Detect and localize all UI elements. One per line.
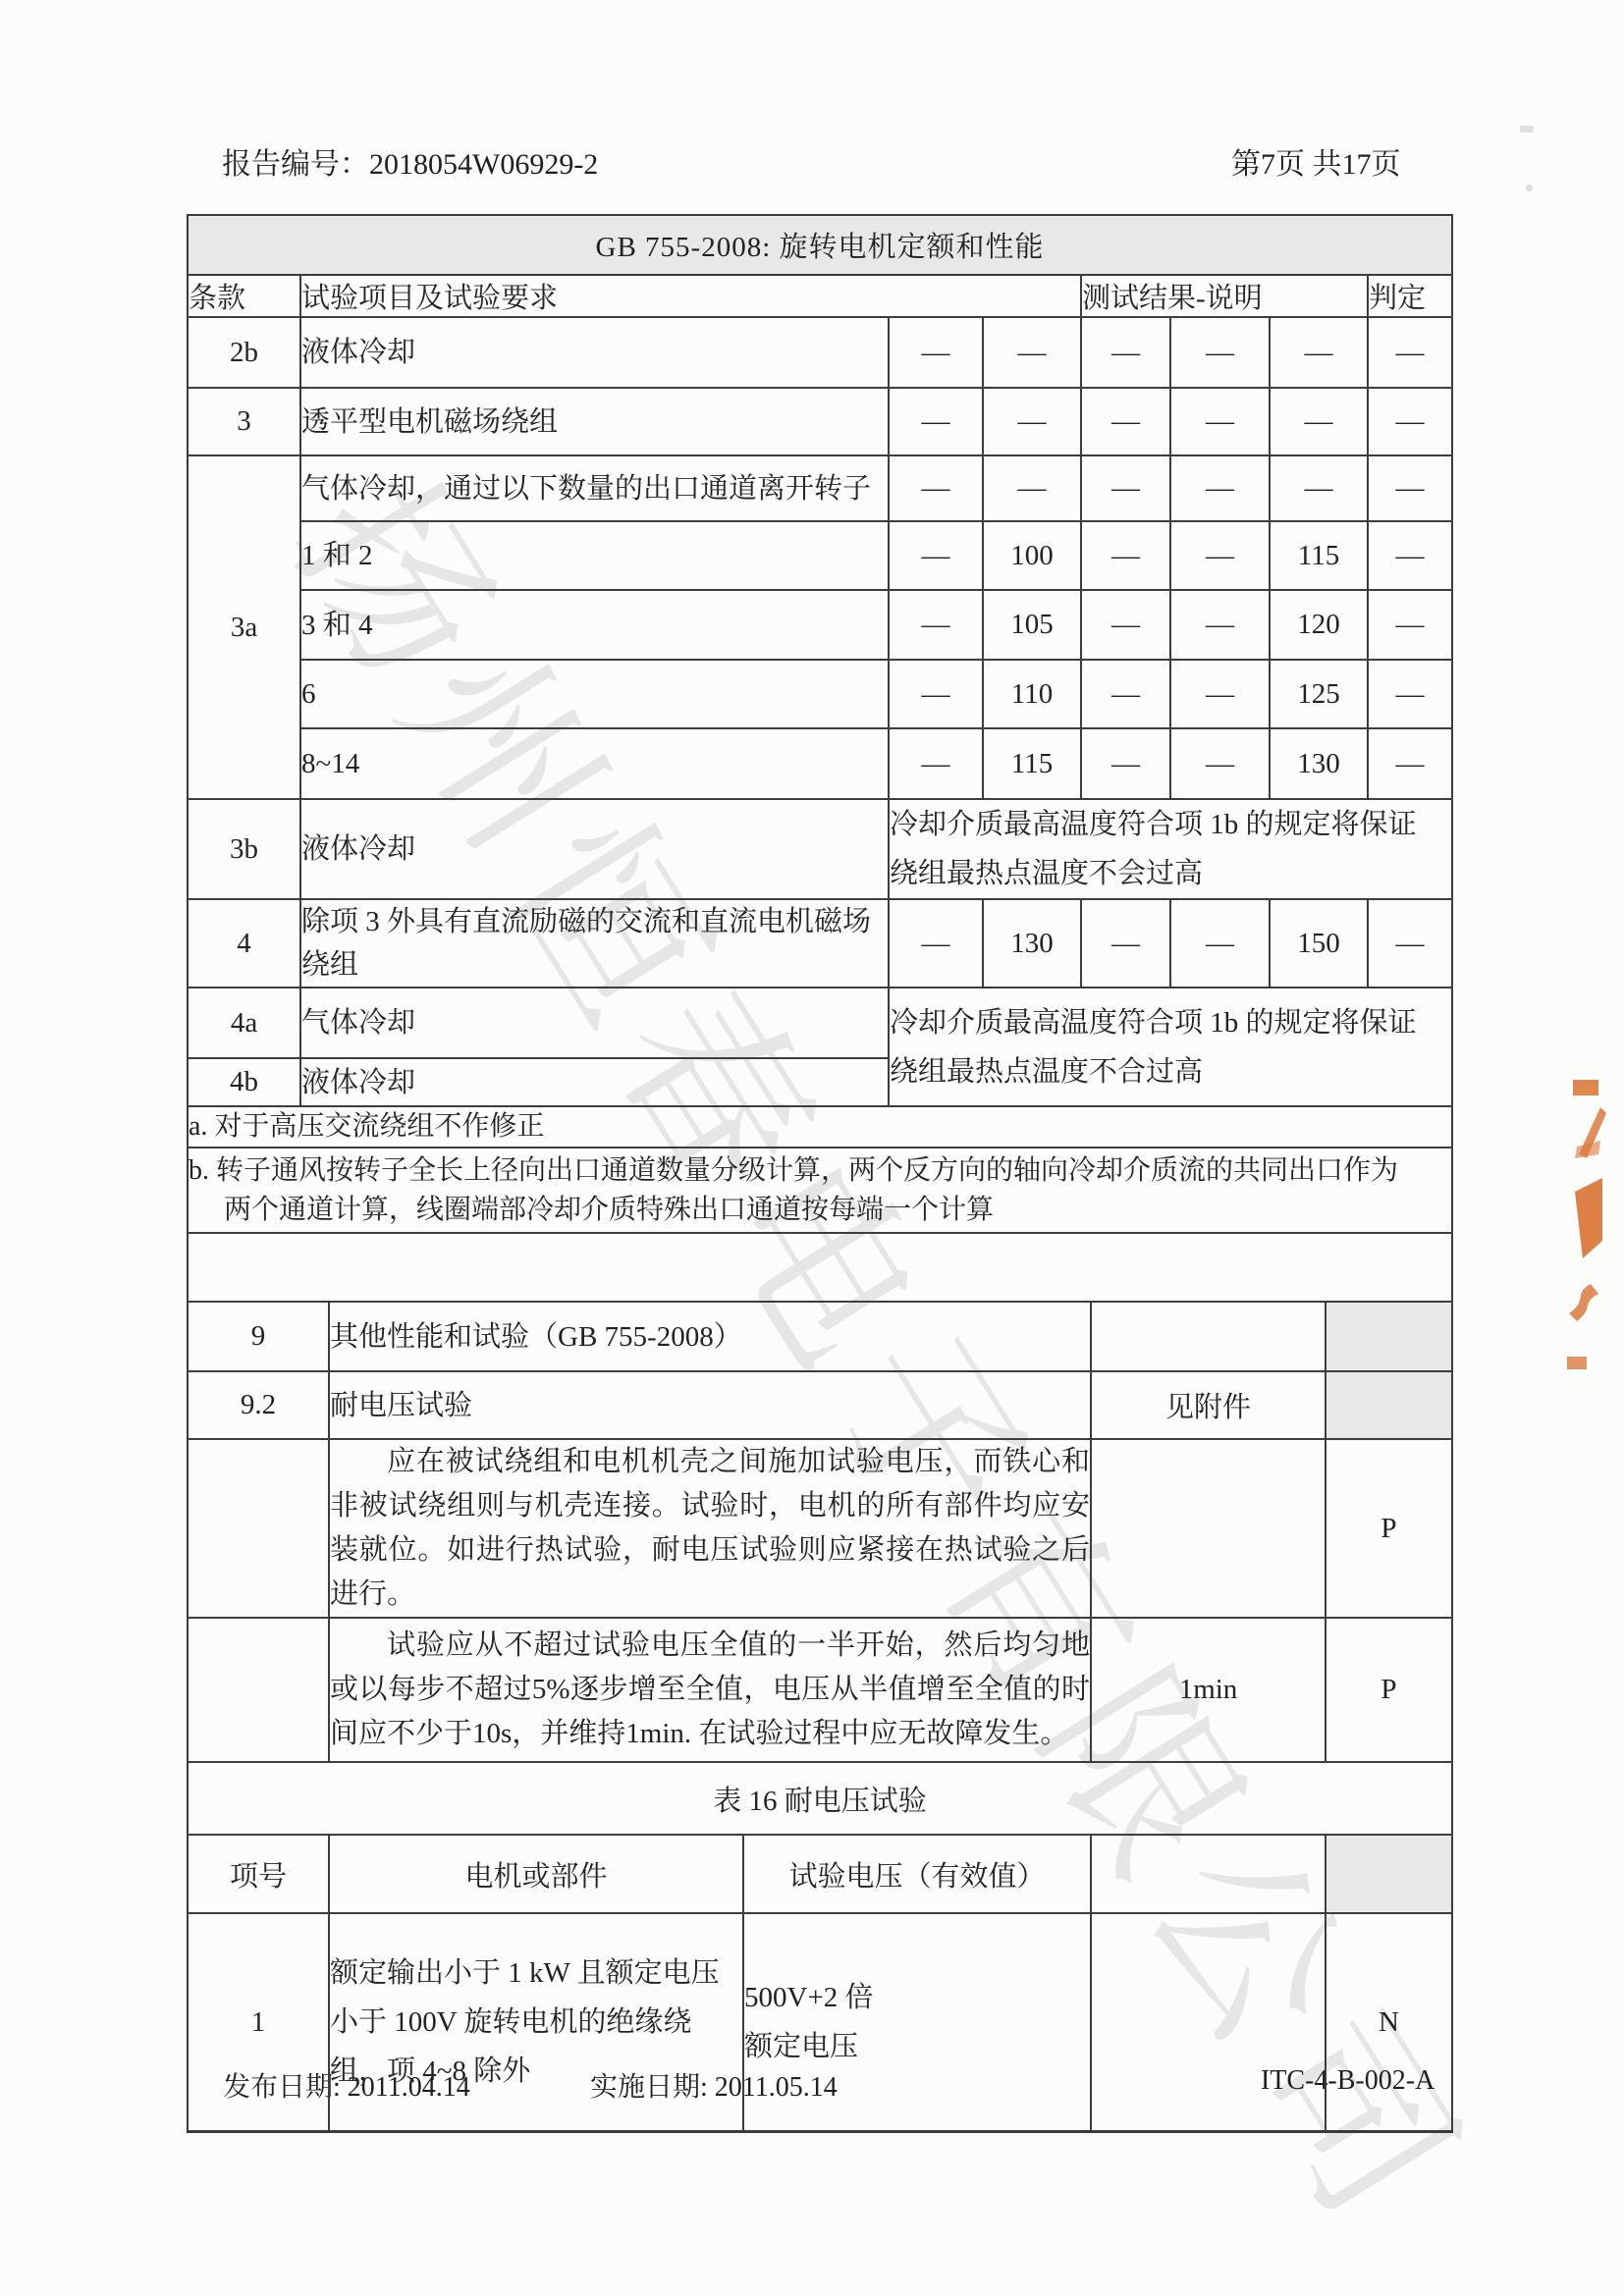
- result-note-cell: 冷却介质最高温度符合项 1b 的规定将保证 绕组最热点温度不会过高: [889, 799, 1452, 899]
- table-row-2b: 2b 液体冷却 — — — — — —: [188, 317, 1452, 388]
- footnote-a: a. 对于高压交流绕组不作修正: [188, 1106, 1452, 1148]
- result-cell: —: [983, 317, 1081, 388]
- table-row-3a-1: 1 和 2 — 100 — — 115 —: [188, 521, 1452, 590]
- result-cell: —: [889, 899, 983, 988]
- verdict-cell: [1326, 1302, 1452, 1371]
- result-cell: —: [1170, 660, 1270, 728]
- verdict-header-cell: [1326, 1835, 1452, 1913]
- standard-test-table: GB 755-2008: 旋转电机定额和性能 条款 试验项目及试验要求 测试结果…: [187, 214, 1455, 2133]
- note-line: 冷却介质最高温度符合项 1b 的规定将保证: [890, 800, 1451, 849]
- verdict-cell: —: [1368, 590, 1452, 660]
- clause-cell: [188, 1439, 329, 1618]
- result-cell: 120: [1270, 590, 1368, 660]
- result-cell: —: [1170, 317, 1270, 388]
- item-cell: 其他性能和试验（GB 755-2008）: [329, 1302, 1091, 1371]
- result-cell: —: [889, 455, 983, 521]
- result-cell: —: [1081, 899, 1170, 988]
- table-row-3a-4: 8~14 — 115 — — 130 —: [188, 728, 1452, 799]
- note-line: 冷却介质最高温度符合项 1b 的规定将保证: [890, 998, 1451, 1047]
- table-title: GB 755-2008: 旋转电机定额和性能: [188, 215, 1452, 275]
- footnote-a-row: a. 对于高压交流绕组不作修正: [188, 1106, 1452, 1148]
- item-cell: 液体冷却: [300, 1058, 889, 1106]
- table-row-3: 3 透平型电机磁场绕组 — — — — — —: [188, 388, 1452, 455]
- scan-artifact: [1520, 126, 1534, 133]
- col-header-no: 项号: [188, 1835, 329, 1913]
- result-cell: —: [1081, 728, 1170, 799]
- clause-cell: 9: [188, 1302, 329, 1371]
- result-cell: —: [1170, 388, 1270, 455]
- clause9-table: 9 其他性能和试验（GB 755-2008） 9.2 耐电压试验 见附件 应在被…: [187, 1301, 1453, 1763]
- table16-caption-row: 表 16 耐电压试验: [188, 1762, 1452, 1835]
- item-cell: 液体冷却: [300, 317, 889, 388]
- result-cell: —: [1270, 317, 1368, 388]
- scan-artifact: [1526, 185, 1533, 191]
- result-cell: —: [1081, 521, 1170, 590]
- clause-cell: 4: [188, 899, 300, 988]
- result-cell: 105: [983, 590, 1081, 660]
- result-cell: —: [889, 317, 983, 388]
- col-header-voltage: 试验电压（有效值）: [743, 1835, 1091, 1913]
- note-line: 绕组最热点温度不会过高: [890, 849, 1451, 898]
- result-cell: —: [1170, 455, 1270, 521]
- result-cell: —: [1081, 317, 1170, 388]
- col-header-verdict: 判定: [1368, 275, 1452, 317]
- result-cell: —: [889, 521, 983, 590]
- report-number: 报告编号：2018054W06929-2: [222, 139, 598, 183]
- table16: 表 16 耐电压试验 项号 电机或部件 试验电压（有效值） 1 额定输出小于 1…: [187, 1761, 1453, 2133]
- result-cell: 130: [983, 899, 1081, 988]
- table-row-3b: 3b 液体冷却 冷却介质最高温度符合项 1b 的规定将保证 绕组最热点温度不会过…: [188, 799, 1452, 899]
- result-cell: —: [1081, 388, 1170, 455]
- table-row-4a: 4a 气体冷却 冷却介质最高温度符合项 1b 的规定将保证 绕组最热点温度不合过…: [188, 988, 1452, 1058]
- clause-cell: 3: [188, 388, 300, 455]
- verdict-cell: P: [1326, 1618, 1452, 1762]
- item-cell: 8~14: [300, 728, 889, 799]
- page-indicator: 第7页 共17页: [1231, 139, 1401, 183]
- item-cell: 3 和 4: [300, 590, 889, 660]
- table-row-9: 9 其他性能和试验（GB 755-2008）: [188, 1302, 1452, 1371]
- result-cell: —: [1081, 590, 1170, 660]
- empty-cell: [1091, 1913, 1326, 2132]
- result-cell: —: [1170, 728, 1270, 799]
- result-cell: —: [1270, 388, 1368, 455]
- table-row-3a-3: 6 — 110 — — 125 —: [188, 660, 1452, 728]
- verdict-cell: —: [1368, 899, 1452, 988]
- scanned-report-page: 扬州恒春电子有限公司 报告编号：2018054W06929-2 第7页 共17页…: [0, 0, 1624, 2296]
- result-note-cell: 冷却介质最高温度符合项 1b 的规定将保证 绕组最热点温度不合过高: [889, 988, 1452, 1106]
- result-cell: 125: [1270, 660, 1368, 728]
- orange-seal-fragment-icon: [1551, 1072, 1612, 1382]
- spacer-row: [188, 1233, 1452, 1302]
- requirement-text: 应在被试绕组和电机机壳之间施加试验电压，而铁心和非被试绕组则与机壳连接。试验时，…: [329, 1439, 1091, 1618]
- footnote-text: 两个通道计算，线圈端部冷却介质特殊出口通道按每端一个计算: [189, 1191, 1451, 1230]
- footnote-text: a. 对于高压交流绕组不作修正: [189, 1107, 1451, 1147]
- note-line: 绕组最热点温度不合过高: [890, 1047, 1451, 1096]
- verdict-cell: P: [1326, 1439, 1452, 1618]
- result-cell: [1091, 1302, 1326, 1371]
- item-cell: 气体冷却，通过以下数量的出口通道离开转子: [300, 455, 889, 521]
- clause-cell: 2b: [188, 317, 300, 388]
- result-cell: —: [1081, 455, 1170, 521]
- result-cell: —: [1170, 521, 1270, 590]
- item-cell: 除项 3 外具有直流励磁的交流和直流电机磁场绕组: [300, 899, 889, 988]
- item-cell: 气体冷却: [300, 988, 889, 1058]
- table-row-3a: 3a 气体冷却，通过以下数量的出口通道离开转子 — — — — — —: [188, 455, 1452, 521]
- verdict-cell: —: [1368, 317, 1452, 388]
- item-cell: 液体冷却: [300, 799, 889, 899]
- col-header-part: 电机或部件: [329, 1835, 743, 1913]
- result-cell: —: [1270, 455, 1368, 521]
- item-cell: 6: [300, 660, 889, 728]
- result-cell: —: [1170, 590, 1270, 660]
- result-cell: 100: [983, 521, 1081, 590]
- result-cell: 110: [983, 660, 1081, 728]
- footnote-b: b. 转子通风按转子全长上径向出口通道数量分级计算，两个反方向的轴向冷却介质流的…: [188, 1148, 1452, 1233]
- footnote-text: b. 转子通风按转子全长上径向出口通道数量分级计算，两个反方向的轴向冷却介质流的…: [189, 1151, 1451, 1191]
- column-header-row: 条款 试验项目及试验要求 测试结果-说明 判定: [188, 275, 1452, 317]
- result-cell: —: [983, 455, 1081, 521]
- requirement-paragraph-row: 应在被试绕组和电机机壳之间施加试验电压，而铁心和非被试绕组则与机壳连接。试验时，…: [188, 1439, 1452, 1618]
- empty-cell: [188, 1233, 1452, 1302]
- result-cell: 115: [983, 728, 1081, 799]
- verdict-cell: [1326, 1371, 1452, 1439]
- clause-cell: [188, 1618, 329, 1762]
- result-cell: —: [983, 388, 1081, 455]
- result-cell: —: [889, 388, 983, 455]
- verdict-cell: —: [1368, 660, 1452, 728]
- verdict-cell: —: [1368, 521, 1452, 590]
- result-cell: —: [1081, 660, 1170, 728]
- item-cell: 1 和 2: [300, 521, 889, 590]
- col-header-clause: 条款: [188, 275, 300, 317]
- result-cell: 见附件: [1091, 1371, 1326, 1439]
- clause-cell: 9.2: [188, 1371, 329, 1439]
- verdict-cell: N: [1326, 1913, 1452, 2132]
- result-cell: 130: [1270, 728, 1368, 799]
- voltage-line: 额定电压: [744, 2022, 1090, 2071]
- table-row-4: 4 除项 3 外具有直流励磁的交流和直流电机磁场绕组 — 130 — — 150…: [188, 899, 1452, 988]
- requirement-paragraph-row: 试验应从不超过试验电压全值的一半开始，然后均匀地或以每步不超过5%逐步增至全值，…: [188, 1618, 1452, 1762]
- item-cell: 耐电压试验: [329, 1371, 1091, 1439]
- verdict-cell: —: [1368, 728, 1452, 799]
- clause-cell: 3a: [188, 455, 300, 799]
- voltage-cell: 500V+2 倍 额定电压: [743, 1913, 1091, 2132]
- no-cell: 1: [188, 1913, 329, 2132]
- result-cell: —: [889, 728, 983, 799]
- empty-header-cell: [1091, 1835, 1326, 1913]
- table-row-3a-2: 3 和 4 — 105 — — 120 —: [188, 590, 1452, 660]
- col-header-result: 测试结果-说明: [1081, 275, 1368, 317]
- clause-cell: 3b: [188, 799, 300, 899]
- result-cell: —: [889, 590, 983, 660]
- result-cell: —: [1170, 899, 1270, 988]
- clause-cell: 4a: [188, 988, 300, 1058]
- result-cell: 1min: [1091, 1618, 1326, 1762]
- verdict-cell: —: [1368, 388, 1452, 455]
- col-header-item: 试验项目及试验要求: [300, 275, 1081, 317]
- table16-header-row: 项号 电机或部件 试验电压（有效值）: [188, 1835, 1452, 1913]
- table-title-row: GB 755-2008: 旋转电机定额和性能: [188, 215, 1452, 275]
- clause-cell: 4b: [188, 1058, 300, 1106]
- table16-row-1: 1 额定输出小于 1 kW 且额定电压小于 100V 旋转电机的绝缘绕组，项 4…: [188, 1913, 1452, 2132]
- result-cell: [1091, 1439, 1326, 1618]
- item-cell: 透平型电机磁场绕组: [300, 388, 889, 455]
- result-cell: 150: [1270, 899, 1368, 988]
- footnote-b-row: b. 转子通风按转子全长上径向出口通道数量分级计算，两个反方向的轴向冷却介质流的…: [188, 1148, 1452, 1233]
- part-cell: 额定输出小于 1 kW 且额定电压小于 100V 旋转电机的绝缘绕组，项 4~8…: [329, 1913, 743, 2132]
- table-row-9-2: 9.2 耐电压试验 见附件: [188, 1371, 1452, 1439]
- result-cell: —: [889, 660, 983, 728]
- voltage-line: 500V+2 倍: [744, 1973, 1090, 2022]
- result-cell: 115: [1270, 521, 1368, 590]
- verdict-cell: —: [1368, 455, 1452, 521]
- clauses-table: GB 755-2008: 旋转电机定额和性能 条款 试验项目及试验要求 测试结果…: [187, 214, 1453, 1303]
- requirement-text: 试验应从不超过试验电压全值的一半开始，然后均匀地或以每步不超过5%逐步增至全值，…: [329, 1618, 1091, 1762]
- table16-caption: 表 16 耐电压试验: [188, 1762, 1452, 1835]
